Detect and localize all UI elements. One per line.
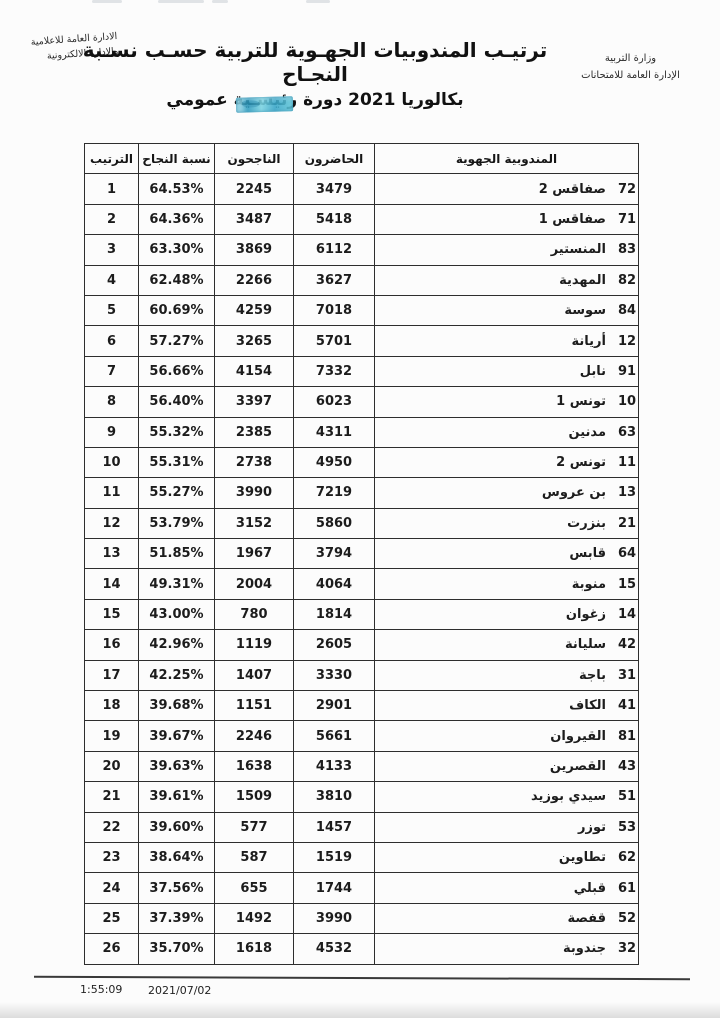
cell-success-rate: 56.40% [139, 387, 215, 417]
cell-success-rate: 38.64% [139, 842, 215, 872]
print-time: 1:55:09 [80, 983, 122, 996]
cell-success-rate: 42.96% [139, 630, 215, 660]
cell-present: 1457 [294, 812, 375, 842]
scan-artifact [158, 0, 204, 3]
column-header-passed: الناجحون [215, 144, 294, 174]
cell-rank: 1 [85, 174, 139, 204]
table-row: 51سيدي بوزيد3810150939.61%21 [85, 782, 639, 812]
ministry-subtitle: الإدارة العامة للامتحانات [558, 67, 703, 84]
cell-success-rate: 49.31% [139, 569, 215, 599]
delegation-name: مدنين [569, 425, 606, 440]
cell-passed: 2266 [215, 265, 294, 295]
cell-passed: 2246 [215, 721, 294, 751]
cell-present: 5661 [294, 721, 375, 751]
cell-delegation: 41الكاف [375, 691, 639, 721]
cell-delegation: 83المنستير [375, 235, 639, 265]
cell-passed: 4154 [215, 356, 294, 386]
delegation-name: نابل [580, 364, 606, 379]
table-row: 81القيروان5661224639.67%19 [85, 721, 639, 751]
delegation-name: جندوبة [563, 941, 606, 956]
table-row: 13بن عروس7219399055.27%11 [85, 478, 639, 508]
delegation-name: بنزرت [567, 516, 606, 531]
cell-passed: 3397 [215, 387, 294, 417]
cell-passed: 1638 [215, 751, 294, 781]
cell-success-rate: 39.67% [139, 721, 215, 751]
cell-passed: 1492 [215, 903, 294, 933]
table-row: 53توزر145757739.60%22 [85, 812, 639, 842]
print-date: 2021/07/02 [148, 984, 211, 997]
table-row: 72صفاقس 23479224564.53%1 [85, 174, 639, 204]
cell-passed: 2245 [215, 174, 294, 204]
cell-present: 5701 [294, 326, 375, 356]
table-row: 43القصرين4133163839.63%20 [85, 751, 639, 781]
delegation-name: توزر [578, 820, 606, 835]
cell-passed: 3265 [215, 326, 294, 356]
cell-success-rate: 37.56% [139, 873, 215, 903]
delegation-name: تونس 1 [556, 394, 606, 409]
cell-rank: 14 [85, 569, 139, 599]
ministry-name: وزارة التربية [558, 50, 703, 67]
cell-delegation: 51سيدي بوزيد [375, 782, 639, 812]
delegation-code: 82 [618, 273, 638, 288]
ministry-block: وزارة التربية الإدارة العامة للامتحانات [558, 50, 703, 84]
column-header-present: الحاضرون [294, 144, 375, 174]
cell-present: 6023 [294, 387, 375, 417]
delegation-code: 42 [618, 637, 638, 652]
delegation-name: سيدي بوزيد [531, 789, 606, 804]
cell-success-rate: 42.25% [139, 660, 215, 690]
cell-passed: 1967 [215, 539, 294, 569]
delegation-code: 31 [618, 668, 638, 683]
cell-present: 7332 [294, 356, 375, 386]
cell-present: 1519 [294, 842, 375, 872]
cell-present: 3479 [294, 174, 375, 204]
cell-delegation: 82المهدية [375, 265, 639, 295]
cell-passed: 2385 [215, 417, 294, 447]
cell-present: 3627 [294, 265, 375, 295]
table-row: 42سليانة2605111942.96%16 [85, 630, 639, 660]
cell-success-rate: 64.53% [139, 174, 215, 204]
table-row: 12أريانة5701326557.27%6 [85, 326, 639, 356]
cell-success-rate: 60.69% [139, 295, 215, 325]
table-row: 11تونس 24950273855.31%10 [85, 447, 639, 477]
delegation-name: زغوان [566, 607, 606, 622]
cell-delegation: 10تونس 1 [375, 387, 639, 417]
cell-present: 1814 [294, 599, 375, 629]
cell-rank: 8 [85, 387, 139, 417]
delegation-name: القصرين [550, 759, 606, 774]
delegation-code: 53 [618, 820, 638, 835]
document-title: ترتيـب المندوبيات الجهـوية للتربية حسـب … [75, 38, 555, 110]
delegation-code: 81 [618, 729, 638, 744]
column-header-rate: نسبة النجاح [139, 144, 215, 174]
cell-success-rate: 63.30% [139, 235, 215, 265]
table-header-row: المندوبية الجهوية الحاضرون الناجحون نسبة… [85, 144, 639, 174]
cell-rank: 23 [85, 842, 139, 872]
cell-present: 4532 [294, 934, 375, 964]
cell-present: 3794 [294, 539, 375, 569]
cell-rank: 3 [85, 235, 139, 265]
cell-success-rate: 62.48% [139, 265, 215, 295]
cell-passed: 587 [215, 842, 294, 872]
cell-present: 4311 [294, 417, 375, 447]
title-line1: ترتيـب المندوبيات الجهـوية للتربية حسـب … [75, 38, 555, 86]
cell-success-rate: 37.39% [139, 903, 215, 933]
cell-delegation: 71صفاقس 1 [375, 204, 639, 234]
cell-success-rate: 57.27% [139, 326, 215, 356]
cell-passed: 3990 [215, 478, 294, 508]
delegation-code: 14 [618, 607, 638, 622]
cell-rank: 19 [85, 721, 139, 751]
table-row: 91نابل7332415456.66%7 [85, 356, 639, 386]
cell-success-rate: 39.68% [139, 691, 215, 721]
delegation-code: 84 [618, 303, 638, 318]
cell-success-rate: 39.60% [139, 812, 215, 842]
table-row: 71صفاقس 15418348764.36%2 [85, 204, 639, 234]
cell-present: 3990 [294, 903, 375, 933]
cell-rank: 2 [85, 204, 139, 234]
delegation-code: 10 [618, 394, 638, 409]
cell-rank: 11 [85, 478, 139, 508]
cell-passed: 655 [215, 873, 294, 903]
cell-passed: 3152 [215, 508, 294, 538]
cell-passed: 577 [215, 812, 294, 842]
delegation-name: سوسة [564, 303, 606, 318]
cell-passed: 1151 [215, 691, 294, 721]
cell-delegation: 62تطاوين [375, 842, 639, 872]
delegation-name: تطاوين [559, 850, 606, 865]
results-table: المندوبية الجهوية الحاضرون الناجحون نسبة… [84, 143, 639, 965]
cell-success-rate: 55.32% [139, 417, 215, 447]
cell-success-rate: 39.63% [139, 751, 215, 781]
cell-rank: 25 [85, 903, 139, 933]
cell-passed: 4259 [215, 295, 294, 325]
cell-present: 7018 [294, 295, 375, 325]
delegation-name: قبلي [574, 881, 606, 896]
cell-passed: 2738 [215, 447, 294, 477]
delegation-name: المهدية [559, 273, 606, 288]
title-line2: بكالوريا 2021 دورة رئيسـية عمومي [75, 90, 555, 110]
delegation-name: القيروان [550, 729, 606, 744]
cell-success-rate: 51.85% [139, 539, 215, 569]
delegation-name: تونس 2 [556, 455, 606, 470]
cell-success-rate: 64.36% [139, 204, 215, 234]
table-row: 64قابس3794196751.85%13 [85, 539, 639, 569]
table-row: 61قبلي174465537.56%24 [85, 873, 639, 903]
cell-rank: 7 [85, 356, 139, 386]
cell-delegation: 61قبلي [375, 873, 639, 903]
delegation-code: 41 [618, 698, 638, 713]
column-header-delegation: المندوبية الجهوية [375, 144, 639, 174]
cell-success-rate: 43.00% [139, 599, 215, 629]
cell-rank: 12 [85, 508, 139, 538]
scanned-document-page: الادارة العامة للاعلامية والادارة الالكت… [0, 0, 720, 1018]
cell-passed: 780 [215, 599, 294, 629]
cell-rank: 15 [85, 599, 139, 629]
cell-delegation: 31باجة [375, 660, 639, 690]
cell-rank: 18 [85, 691, 139, 721]
cell-delegation: 42سليانة [375, 630, 639, 660]
cell-success-rate: 55.27% [139, 478, 215, 508]
cell-present: 2605 [294, 630, 375, 660]
cell-present: 5860 [294, 508, 375, 538]
table-row: 52قفصة3990149237.39%25 [85, 903, 639, 933]
table-row: 14زغوان181478043.00%15 [85, 599, 639, 629]
cell-delegation: 52قفصة [375, 903, 639, 933]
delegation-name: الكاف [569, 698, 606, 713]
delegation-name: باجة [579, 668, 606, 683]
cell-rank: 4 [85, 265, 139, 295]
cell-delegation: 81القيروان [375, 721, 639, 751]
cell-success-rate: 55.31% [139, 447, 215, 477]
delegation-name: قفصة [567, 911, 606, 926]
cell-delegation: 14زغوان [375, 599, 639, 629]
scan-artifact [306, 0, 330, 3]
cell-present: 2901 [294, 691, 375, 721]
cell-present: 3810 [294, 782, 375, 812]
cell-present: 6112 [294, 235, 375, 265]
cell-rank: 21 [85, 782, 139, 812]
delegation-code: 63 [618, 425, 638, 440]
cell-rank: 17 [85, 660, 139, 690]
cell-passed: 3487 [215, 204, 294, 234]
scan-edge-shadow [0, 1002, 720, 1018]
cell-rank: 13 [85, 539, 139, 569]
cell-passed: 1618 [215, 934, 294, 964]
cell-delegation: 53توزر [375, 812, 639, 842]
table-row: 84سوسة7018425960.69%5 [85, 295, 639, 325]
delegation-code: 12 [618, 334, 638, 349]
cell-delegation: 91نابل [375, 356, 639, 386]
table-row: 62تطاوين151958738.64%23 [85, 842, 639, 872]
cell-rank: 5 [85, 295, 139, 325]
delegation-code: 13 [618, 485, 638, 500]
cell-present: 1744 [294, 873, 375, 903]
cell-present: 4950 [294, 447, 375, 477]
cell-success-rate: 35.70% [139, 934, 215, 964]
cell-rank: 6 [85, 326, 139, 356]
column-header-rank: الترتيب [85, 144, 139, 174]
cell-present: 4133 [294, 751, 375, 781]
cell-rank: 22 [85, 812, 139, 842]
delegation-code: 64 [618, 546, 638, 561]
cell-present: 3330 [294, 660, 375, 690]
delegation-name: المنستير [551, 242, 606, 257]
cell-rank: 16 [85, 630, 139, 660]
cell-delegation: 64قابس [375, 539, 639, 569]
cell-delegation: 15منوبة [375, 569, 639, 599]
cell-delegation: 32جندوبة [375, 934, 639, 964]
cell-rank: 10 [85, 447, 139, 477]
table-row: 21بنزرت5860315253.79%12 [85, 508, 639, 538]
cell-passed: 2004 [215, 569, 294, 599]
delegation-name: بن عروس [542, 485, 606, 500]
delegation-code: 11 [618, 455, 638, 470]
cell-rank: 9 [85, 417, 139, 447]
cell-present: 7219 [294, 478, 375, 508]
cell-delegation: 11تونس 2 [375, 447, 639, 477]
cell-present: 5418 [294, 204, 375, 234]
cell-success-rate: 39.61% [139, 782, 215, 812]
cell-passed: 1407 [215, 660, 294, 690]
scan-artifact [212, 0, 228, 3]
delegation-code: 43 [618, 759, 638, 774]
cell-delegation: 63مدنين [375, 417, 639, 447]
cell-delegation: 72صفاقس 2 [375, 174, 639, 204]
delegation-code: 61 [618, 881, 638, 896]
delegation-code: 62 [618, 850, 638, 865]
cell-passed: 1509 [215, 782, 294, 812]
table-row: 41الكاف2901115139.68%18 [85, 691, 639, 721]
table-row: 10تونس 16023339756.40%8 [85, 387, 639, 417]
delegation-code: 51 [618, 789, 638, 804]
delegation-code: 72 [618, 182, 638, 197]
cell-passed: 1119 [215, 630, 294, 660]
delegation-code: 71 [618, 212, 638, 227]
cell-present: 4064 [294, 569, 375, 599]
delegation-code: 32 [618, 941, 638, 956]
delegation-code: 52 [618, 911, 638, 926]
table-row: 15منوبة4064200449.31%14 [85, 569, 639, 599]
delegation-name: سليانة [565, 637, 606, 652]
cell-delegation: 13بن عروس [375, 478, 639, 508]
delegation-name: صفاقس 1 [539, 212, 606, 227]
ink-stamp [236, 96, 293, 112]
table-row: 63مدنين4311238555.32%9 [85, 417, 639, 447]
scan-artifact [92, 0, 122, 3]
table-row: 32جندوبة4532161835.70%26 [85, 934, 639, 964]
delegation-code: 83 [618, 242, 638, 257]
table-row: 82المهدية3627226662.48%4 [85, 265, 639, 295]
table-row: 31باجة3330140742.25%17 [85, 660, 639, 690]
cell-success-rate: 56.66% [139, 356, 215, 386]
cell-rank: 24 [85, 873, 139, 903]
delegation-code: 15 [618, 577, 638, 592]
cell-success-rate: 53.79% [139, 508, 215, 538]
cell-delegation: 12أريانة [375, 326, 639, 356]
delegation-code: 91 [618, 364, 638, 379]
cell-delegation: 43القصرين [375, 751, 639, 781]
table-row: 83المنستير6112386963.30%3 [85, 235, 639, 265]
cell-rank: 20 [85, 751, 139, 781]
delegation-name: أريانة [572, 334, 606, 349]
delegation-name: منوبة [572, 577, 606, 592]
cell-rank: 26 [85, 934, 139, 964]
cell-delegation: 21بنزرت [375, 508, 639, 538]
delegation-name: صفاقس 2 [539, 182, 606, 197]
footer-rule [34, 976, 690, 981]
cell-passed: 3869 [215, 235, 294, 265]
delegation-code: 21 [618, 516, 638, 531]
delegation-name: قابس [569, 546, 606, 561]
cell-delegation: 84سوسة [375, 295, 639, 325]
